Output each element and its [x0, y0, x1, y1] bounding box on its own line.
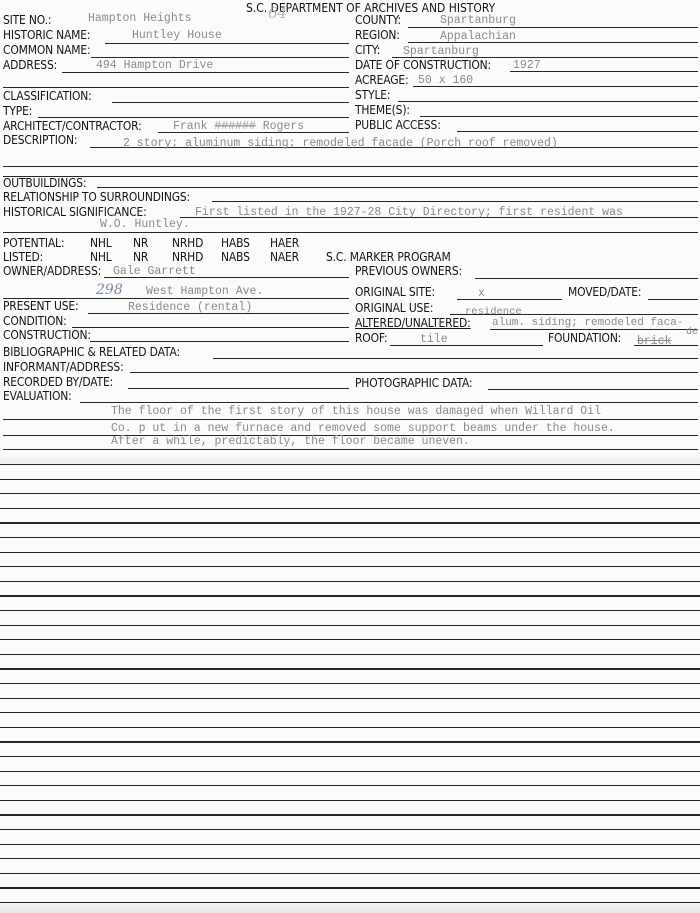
- style-line: [398, 101, 698, 102]
- city-label: CITY:: [355, 43, 380, 56]
- scan-fold-shadow: [0, 456, 700, 468]
- ruled-line: [0, 814, 700, 815]
- architect-struck-name: ######: [214, 120, 255, 133]
- owner-name-value[interactable]: Gale Garrett: [113, 266, 196, 278]
- region-value[interactable]: Appalachian: [440, 31, 516, 43]
- ruled-line: [0, 829, 700, 830]
- address-value[interactable]: 494 Hampton Drive: [96, 60, 213, 72]
- ruled-line: [0, 595, 700, 596]
- listed-nr[interactable]: NR: [133, 250, 148, 263]
- outbuildings-top-line: [3, 176, 698, 177]
- address-line: [62, 72, 349, 73]
- construction-label: CONSTRUCTION:: [3, 328, 91, 341]
- previous-owners-label: PREVIOUS OWNERS:: [355, 264, 462, 277]
- ruled-line: [0, 610, 700, 611]
- historic-name-line: [105, 43, 349, 44]
- ruled-line: [0, 683, 700, 684]
- evaluation-line-1[interactable]: The floor of the first story of this hou…: [111, 406, 601, 418]
- recorded-by-label: RECORDED BY/DATE:: [3, 375, 113, 388]
- potential-nhl[interactable]: NHL: [90, 236, 112, 249]
- scan-bottom-shadow: [0, 900, 700, 913]
- evaluation-line: [80, 402, 698, 403]
- marker-program[interactable]: S.C. MARKER PROGRAM: [326, 250, 451, 263]
- original-site-value[interactable]: x: [478, 288, 485, 300]
- public-access-line: [457, 131, 698, 132]
- date-of-construction-value[interactable]: 1927: [513, 60, 541, 72]
- ruled-line: [0, 552, 700, 553]
- site-no-value[interactable]: Hampton Heights: [88, 13, 192, 25]
- themes-label: THEME(S):: [355, 103, 410, 116]
- county-value[interactable]: Spartanburg: [440, 15, 516, 27]
- region-label: REGION:: [355, 28, 400, 41]
- historic-name-label: HISTORIC NAME:: [3, 28, 90, 41]
- architect-first-name: Frank: [173, 120, 208, 133]
- previous-owners-line: [475, 278, 698, 279]
- ruled-line: [0, 668, 700, 669]
- description-line-2: [3, 166, 698, 167]
- historic-name-value[interactable]: Huntley House: [132, 30, 222, 42]
- ruled-line: [0, 756, 700, 757]
- acreage-value[interactable]: 50 x 160: [418, 75, 473, 87]
- bibliographic-label: BIBLIOGRAPHIC & RELATED DATA:: [3, 345, 180, 358]
- potential-label: POTENTIAL:: [3, 236, 64, 249]
- style-label: STYLE:: [355, 88, 390, 101]
- listed-nabs[interactable]: NABS: [221, 250, 250, 263]
- architect-value[interactable]: Frank ###### Rogers: [173, 121, 304, 133]
- architect-last-name: Rogers: [263, 120, 304, 133]
- roof-line: [390, 345, 543, 346]
- historical-significance-value-2[interactable]: W.O. Huntley.: [100, 219, 190, 231]
- relationship-line: [212, 201, 698, 202]
- ruled-line: [0, 785, 700, 786]
- owner-address-label: OWNER/ADDRESS:: [3, 264, 101, 277]
- informant-line: [130, 372, 698, 373]
- ruled-line: [0, 508, 700, 509]
- architect-label: ARCHITECT/CONTRACTOR:: [3, 119, 142, 132]
- roof-label: ROOF:: [355, 331, 388, 344]
- county-line: [408, 27, 698, 28]
- ruled-line: [0, 464, 700, 465]
- owner-street-number[interactable]: 298: [96, 282, 123, 298]
- present-use-label: PRESENT USE:: [3, 299, 78, 312]
- ruled-line: [0, 698, 700, 699]
- altered-value[interactable]: alum. siding; remodeled faca-: [492, 317, 683, 329]
- date-of-construction-label: DATE OF CONSTRUCTION:: [355, 58, 491, 71]
- public-access-label: PUBLIC ACCESS:: [355, 118, 441, 131]
- ruled-line: [0, 537, 700, 538]
- ruled-line: [0, 654, 700, 655]
- original-site-label: ORIGINAL SITE:: [355, 285, 435, 298]
- condition-label: CONDITION:: [3, 314, 67, 327]
- ruled-line: [0, 887, 700, 888]
- present-use-value[interactable]: Residence (rental): [128, 302, 252, 314]
- listed-label: LISTED:: [3, 250, 43, 263]
- altered-value-overflow: de: [686, 327, 698, 339]
- type-label: TYPE:: [3, 104, 32, 117]
- potential-nrhd[interactable]: NRHD: [172, 236, 203, 249]
- potential-habs[interactable]: HABS: [221, 236, 250, 249]
- potential-nr[interactable]: NR: [133, 236, 148, 249]
- ruled-line: [0, 625, 700, 626]
- ruled-line: [0, 639, 700, 640]
- ruled-line: [0, 858, 700, 859]
- original-site-line: [457, 299, 562, 300]
- condition-line: [72, 327, 349, 328]
- description-value[interactable]: 2 story; aluminum siding; remodeled faca…: [123, 138, 558, 150]
- ruled-line: [0, 712, 700, 713]
- ruled-line: [0, 522, 700, 523]
- foundation-text: brick: [637, 335, 672, 348]
- ruled-line: [0, 479, 700, 480]
- description-label: DESCRIPTION:: [3, 133, 77, 146]
- ruled-line: [0, 581, 700, 582]
- evaluation-line-2[interactable]: Co. p ut in a new furnace and removed so…: [111, 423, 615, 435]
- historical-significance-label: HISTORICAL SIGNIFICANCE:: [3, 205, 147, 218]
- recorded-by-line: [128, 388, 349, 389]
- construction-line: [90, 341, 349, 342]
- common-name-label: COMMON NAME:: [3, 43, 90, 56]
- themes-line: [420, 116, 698, 117]
- outbuildings-label: OUTBUILDINGS:: [3, 176, 86, 189]
- bibliographic-line: [213, 358, 698, 359]
- ruled-line: [0, 844, 700, 845]
- original-use-label: ORIGINAL USE:: [355, 301, 433, 314]
- informant-label: INFORMANT/ADDRESS:: [3, 360, 124, 373]
- evaluation-rule-1: [3, 419, 698, 420]
- historical-significance-value-1[interactable]: First listed in the 1927-28 City Directo…: [195, 207, 623, 219]
- county-label: COUNTY:: [355, 13, 401, 26]
- moved-date-label: MOVED/DATE:: [568, 285, 641, 298]
- classification-line: [112, 102, 349, 103]
- roof-value[interactable]: tile: [420, 334, 448, 346]
- evaluation-label: EVALUATION:: [3, 389, 72, 402]
- foundation-value[interactable]: brick: [637, 336, 672, 348]
- ruled-line: [0, 873, 700, 874]
- listed-naer[interactable]: NAER: [270, 250, 299, 263]
- acreage-label: ACREAGE:: [355, 73, 408, 86]
- ruled-line: [0, 727, 700, 728]
- handwritten-page-number: 64: [268, 4, 287, 22]
- evaluation-rule-3: [3, 449, 698, 450]
- photographic-line: [488, 389, 698, 390]
- altered-label: ALTERED/UNALTERED:: [355, 316, 471, 329]
- foundation-label: FOUNDATION:: [548, 331, 621, 344]
- ruled-line: [0, 800, 700, 801]
- ruled-line: [0, 493, 700, 494]
- relationship-label: RELATIONSHIP TO SURROUNDINGS:: [3, 190, 190, 203]
- site-no-label: SITE NO.:: [3, 13, 51, 26]
- listed-nrhd[interactable]: NRHD: [172, 250, 203, 263]
- listed-nhl[interactable]: NHL: [90, 250, 112, 263]
- evaluation-line-3[interactable]: After a while, predictably, the floor be…: [111, 436, 470, 448]
- owner-street-value[interactable]: West Hampton Ave.: [146, 286, 263, 298]
- potential-haer[interactable]: HAER: [270, 236, 299, 249]
- historical-significance-line-2: [3, 232, 698, 233]
- ruled-line: [0, 741, 700, 742]
- classification-label: CLASSIFICATION:: [3, 89, 92, 102]
- ruled-line: [0, 566, 700, 567]
- photographic-label: PHOTOGRAPHIC DATA:: [355, 376, 472, 389]
- ruled-line: [0, 771, 700, 772]
- moved-date-line: [648, 299, 698, 300]
- address-label: ADDRESS:: [3, 58, 57, 71]
